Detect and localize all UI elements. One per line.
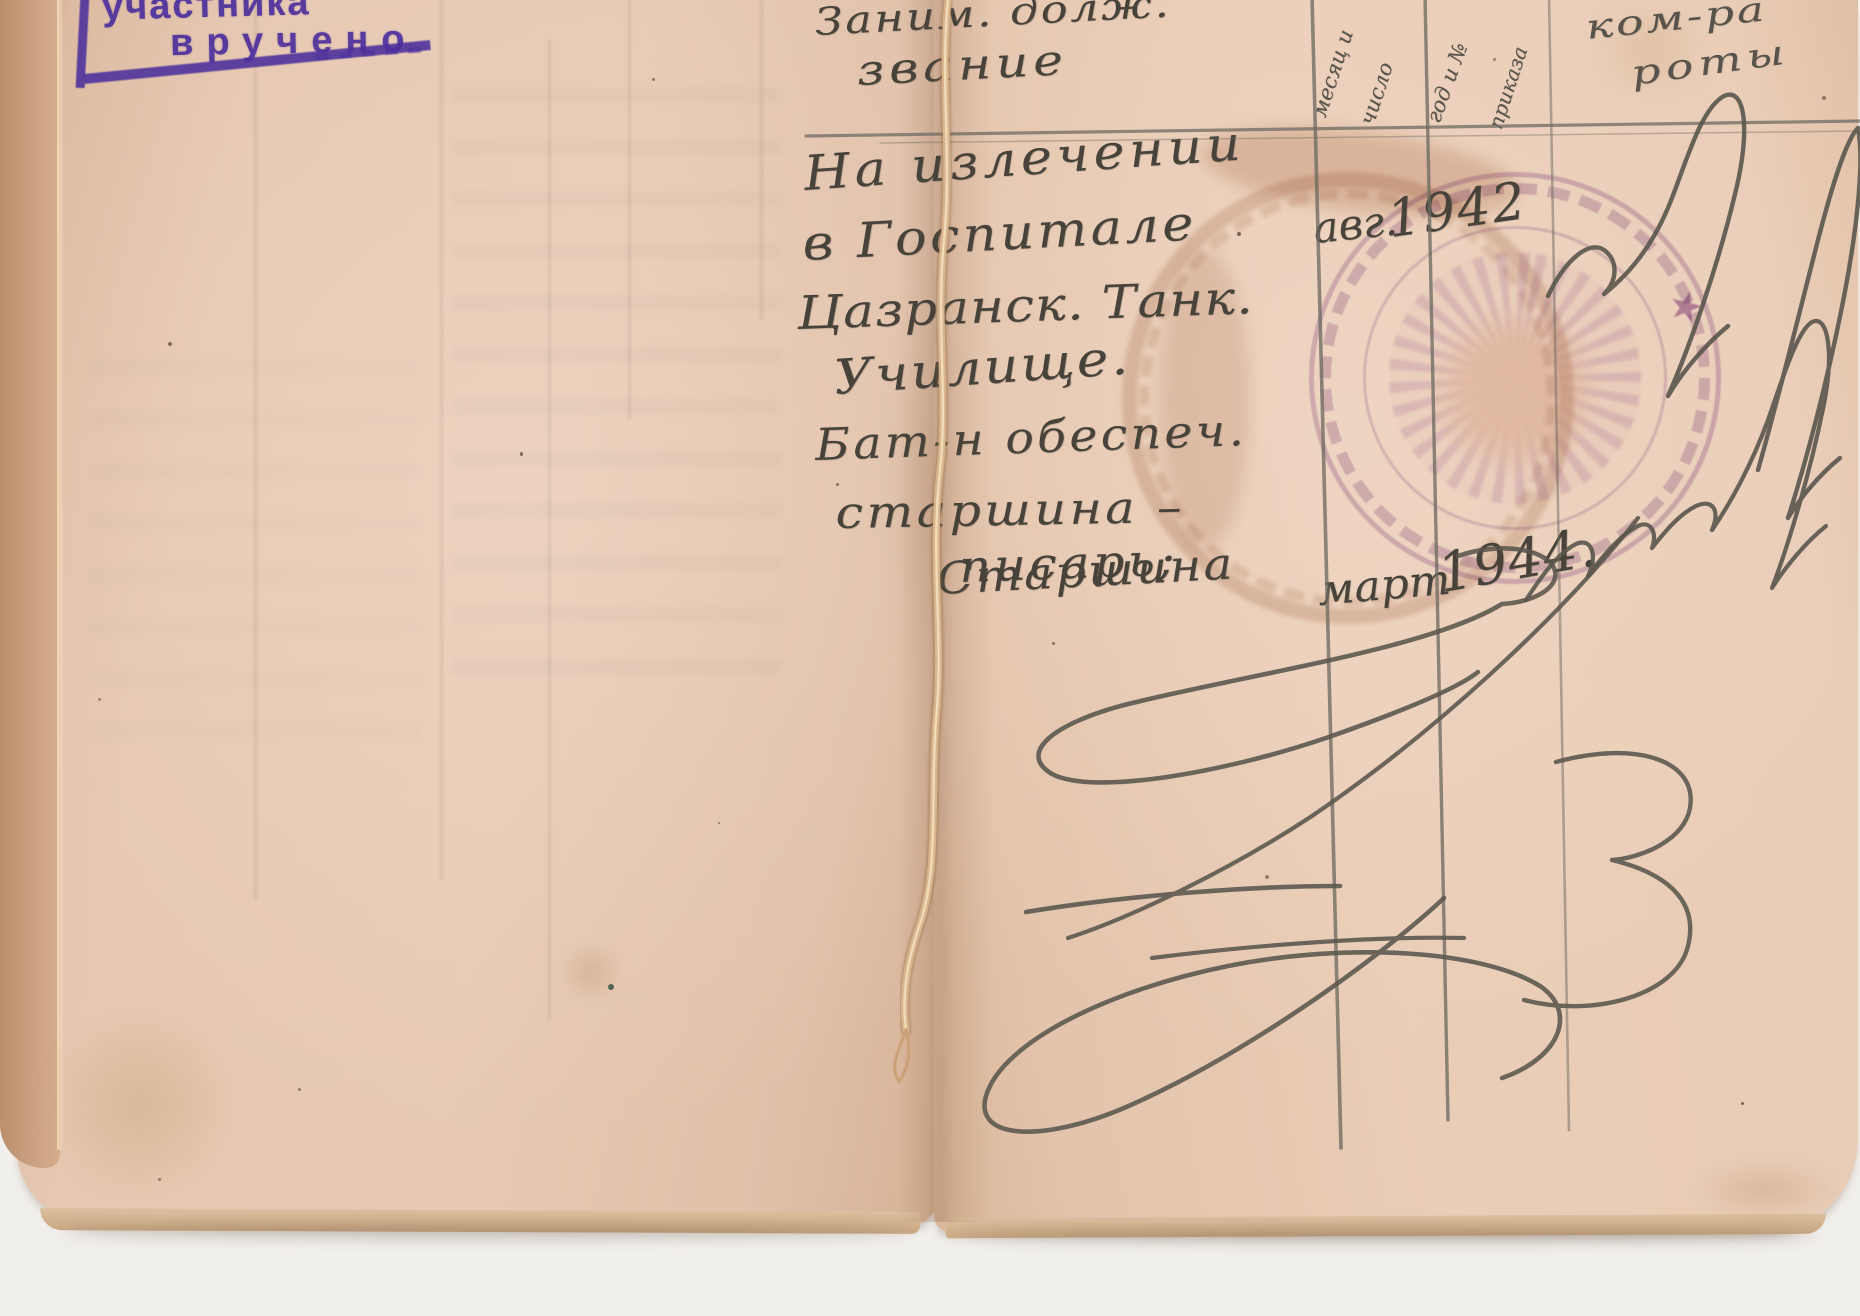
booklet-cover-edge <box>0 0 60 1168</box>
paper-crease <box>440 0 443 880</box>
paper-speck <box>608 984 614 990</box>
bleed-through-text <box>90 360 420 760</box>
paper-speck <box>1741 1102 1744 1105</box>
paper-speck <box>158 1178 161 1181</box>
paper-speck <box>168 342 172 346</box>
page-shadow-left <box>60 1226 910 1238</box>
cover-edge-highlight <box>57 0 64 1150</box>
paper-speck <box>1493 58 1496 61</box>
paper-stain <box>1690 1160 1840 1220</box>
issue-stamp-text-line2: вручено <box>170 18 418 65</box>
paper-speck <box>520 452 523 456</box>
paper-speck <box>1822 96 1826 100</box>
paper-stain <box>34 1020 244 1190</box>
paper-speck <box>98 698 101 701</box>
bleed-through-text <box>452 88 782 708</box>
paper-speck <box>652 78 655 81</box>
paper-speck <box>836 483 839 486</box>
page-shadow-right <box>960 1230 1820 1242</box>
paper-speck <box>718 822 720 824</box>
paper-speck <box>298 1088 301 1091</box>
scanned-military-booklet: участника вручено ★ Заним. долж. звание … <box>0 0 1860 1316</box>
paper-speck <box>1265 875 1269 879</box>
entry-row2-line4: старшина – <box>835 482 1185 539</box>
paper-stain <box>556 944 626 1000</box>
paper-speck <box>1052 642 1055 645</box>
